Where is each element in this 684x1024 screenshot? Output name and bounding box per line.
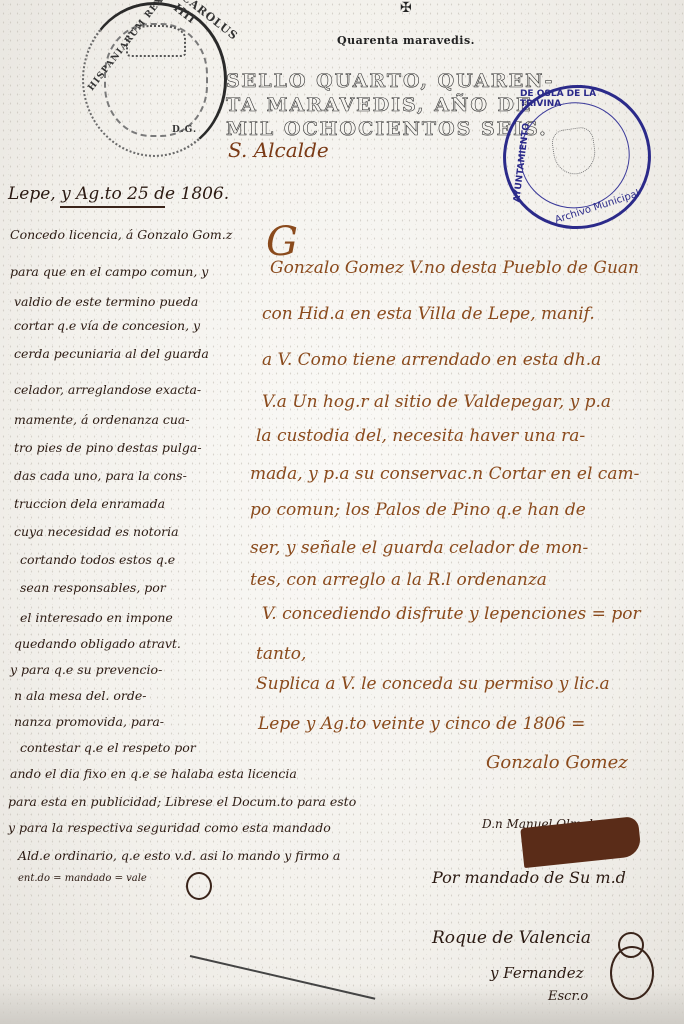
royal-seal-icon: CAROLUS IIII HISPANIARUM REX D.G. bbox=[82, 2, 227, 157]
petition-line: V. concediendo disfrute y lepenciones = … bbox=[262, 606, 641, 623]
petition-line: Gonzalo Gomez V.no desta Pueblo de Guan bbox=[270, 260, 639, 277]
decree-line: para esta en publicidad; Librese el Docu… bbox=[8, 796, 356, 809]
decree-line: el interesado en impone bbox=[20, 612, 173, 625]
decree-line: Concedo licencia, á Gonzalo Gom.z bbox=[10, 229, 232, 242]
decree-line: cortando todos estos q.e bbox=[20, 554, 175, 567]
decree-line: y para la respectiva seguridad como esta… bbox=[8, 822, 331, 835]
margin-rubric-icon bbox=[186, 872, 212, 900]
decree-line: cortar q.e vía de concesion, y bbox=[14, 320, 200, 333]
petitioner-signature: Gonzalo Gomez bbox=[486, 754, 628, 772]
dateline-underline bbox=[60, 206, 165, 208]
petition-line: ser, y señale el guarda celador de mon- bbox=[250, 540, 588, 557]
decree-line: sean responsables, por bbox=[20, 582, 166, 595]
petition-line: Suplica a V. le conceda su permiso y lic… bbox=[256, 676, 610, 693]
decree-line: cerda pecuniaria al del guarda bbox=[14, 348, 209, 361]
decree-line: truccion dela enramada bbox=[14, 498, 165, 511]
alcalde-annotation: S. Alcalde bbox=[228, 140, 329, 160]
decree-line: nanza promovida, para- bbox=[14, 716, 164, 729]
decree-line: valdio de este termino pueda bbox=[14, 296, 198, 309]
document-page: CAROLUS IIII HISPANIARUM REX D.G. ✠ Quar… bbox=[0, 0, 684, 1024]
decree-line: celador, arreglandose exacta- bbox=[14, 384, 201, 397]
decree-line: quedando obligado atravt. bbox=[14, 638, 181, 651]
by-order-line: Por mandado de Su m.d bbox=[432, 870, 626, 886]
seal-legend-dg: D.G. bbox=[172, 125, 197, 135]
cross-ornament-icon: ✠ bbox=[400, 0, 412, 16]
decree-line: mamente, á ordenanza cua- bbox=[14, 414, 190, 427]
decree-line: y para q.e su prevencio- bbox=[10, 664, 162, 677]
decree-line: Ald.e ordinario, q.e esto v.d. asi lo ma… bbox=[18, 850, 340, 863]
stamp-line-1: SELLO QUARTO, QUAREN- bbox=[226, 70, 554, 92]
notary-rubric-loop-icon bbox=[618, 932, 644, 958]
notary-title: Escr.o bbox=[548, 990, 588, 1003]
stamp-denomination: Quarenta maravedis. bbox=[337, 34, 475, 47]
petition-line: mada, y p.a su conservac.n Cortar en el … bbox=[250, 466, 639, 483]
notary-name: Roque de Valencia bbox=[432, 930, 591, 947]
petition-initial: G bbox=[266, 222, 298, 262]
decree-dateline: Lepe, y Ag.to 25 de 1806. bbox=[8, 186, 229, 203]
decree-line: contestar q.e el respeto por bbox=[20, 742, 196, 755]
petition-line: po comun; los Palos de Pino q.e han de bbox=[250, 502, 586, 519]
petition-line: a V. Como tiene arrendado en esta dh.a bbox=[262, 352, 601, 369]
petition-line: tanto, bbox=[256, 646, 306, 663]
petition-line: con Hid.a en esta Villa de Lepe, manif. bbox=[262, 306, 595, 323]
decree-line: tro pies de pino destas pulga- bbox=[14, 442, 202, 455]
decree-line: ent.do = mandado = vale bbox=[18, 874, 147, 884]
petition-line: V.a Un hog.r al sitio de Valdepegar, y p… bbox=[262, 394, 611, 411]
decree-line: ando el dia fixo en q.e se halaba esta l… bbox=[10, 768, 297, 781]
archive-stamp-top-text: DE OSLA DE LA TRIVINA bbox=[520, 89, 640, 109]
decree-line: n ala mesa del. orde- bbox=[14, 690, 146, 703]
decree-line: das cada uno, para la cons- bbox=[14, 470, 187, 483]
petition-line: tes, con arreglo a la R.l ordenanza bbox=[250, 572, 547, 589]
stamp-line-2: TA MARAVEDIS, AÑO DE bbox=[226, 94, 532, 116]
decree-line: cuya necesidad es notoria bbox=[14, 526, 179, 539]
decree-line: para que en el campo comun, y bbox=[10, 266, 208, 279]
notary-name-cont: y Fernandez bbox=[490, 966, 584, 981]
petition-line: la custodia del, necesita haver una ra- bbox=[256, 428, 585, 445]
stamp-line-3: MIL OCHOCIENTOS SEIS. bbox=[226, 118, 548, 140]
petition-dateline: Lepe y Ag.to veinte y cinco de 1806 = bbox=[258, 716, 585, 733]
